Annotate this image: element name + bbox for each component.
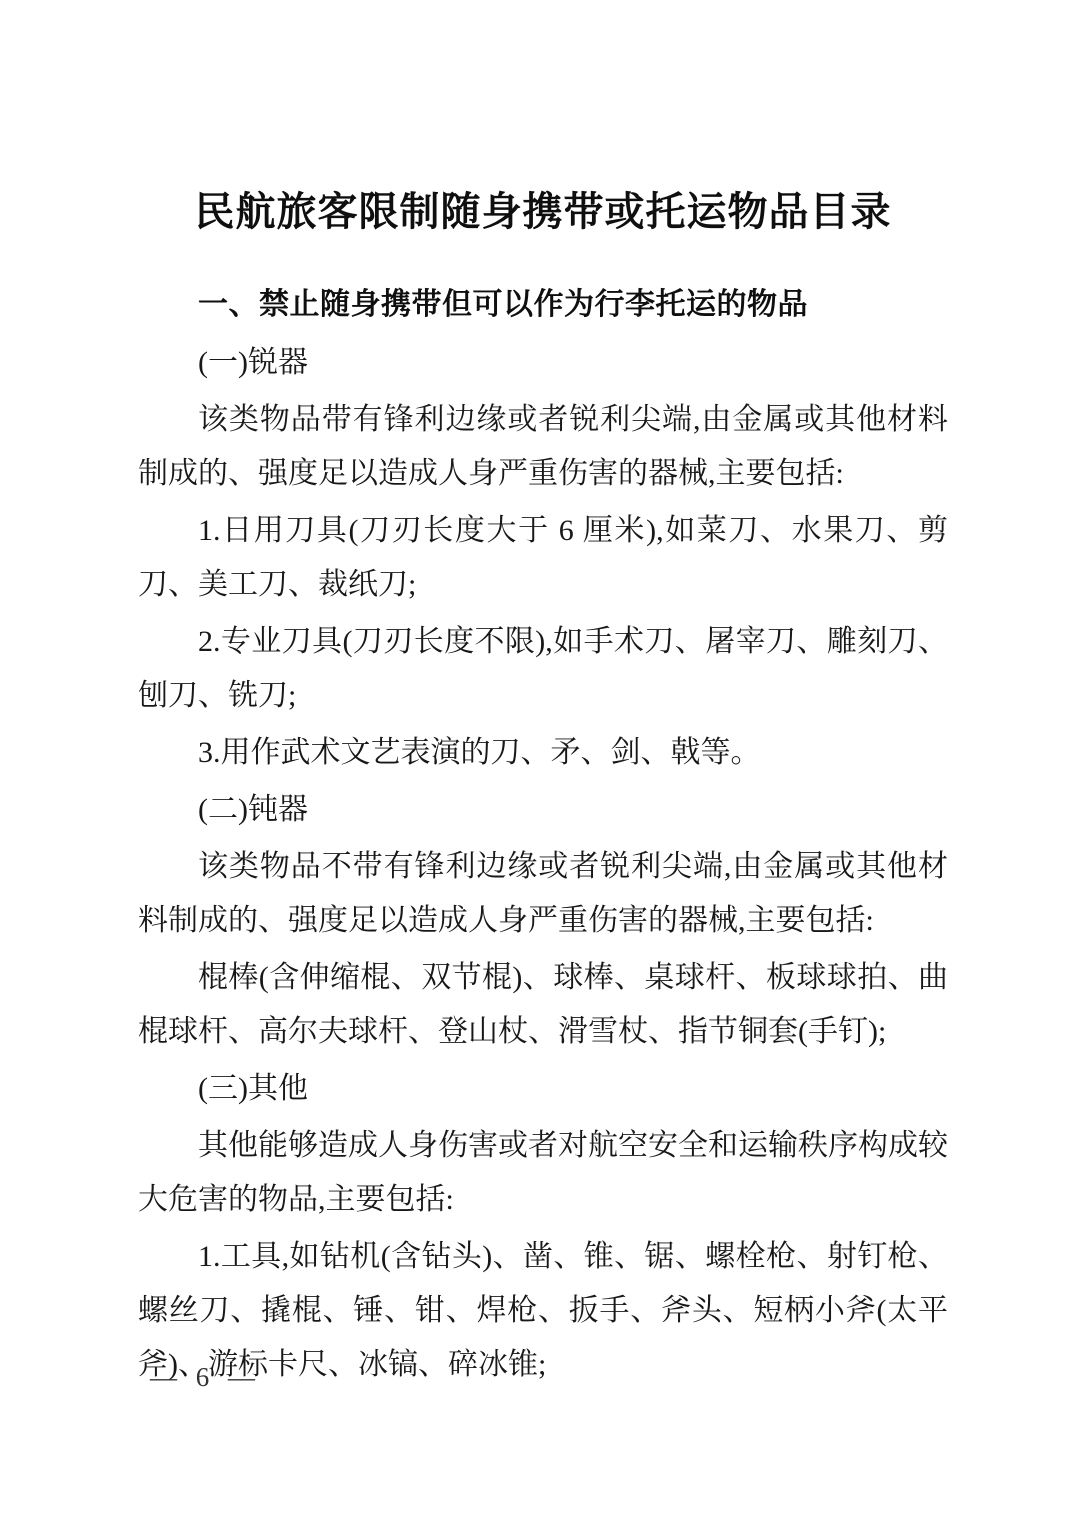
body-paragraph: 其他能够造成人身伤害或者对航空安全和运输秩序构成较大危害的物品,主要包括: [138, 1119, 948, 1227]
body-paragraph: 2.专业刀具(刀刃长度不限),如手术刀、屠宰刀、雕刻刀、刨刀、铣刀; [138, 615, 948, 723]
page-number: — 6 — [150, 1362, 261, 1393]
subsection-heading: (二)钝器 [138, 783, 948, 837]
section-heading: 一、禁止随身携带但可以作为行李托运的物品 [138, 278, 948, 332]
document-body: 一、禁止随身携带但可以作为行李托运的物品(一)锐器该类物品带有锋利边缘或者锐利尖… [138, 278, 948, 1392]
body-paragraph: 1.日用刀具(刀刃长度大于 6 厘米),如菜刀、水果刀、剪刀、美工刀、裁纸刀; [138, 504, 948, 612]
body-paragraph: 棍棒(含伸缩棍、双节棍)、球棒、桌球杆、板球球拍、曲棍球杆、高尔夫球杆、登山杖、… [138, 951, 948, 1059]
subsection-heading: (一)锐器 [138, 336, 948, 390]
subsection-heading: (三)其他 [138, 1062, 948, 1116]
page-title: 民航旅客限制随身携带或托运物品目录 [138, 186, 948, 238]
document-page: 民航旅客限制随身携带或托运物品目录 一、禁止随身携带但可以作为行李托运的物品(一… [0, 0, 1080, 1528]
body-paragraph: 3.用作武术文艺表演的刀、矛、剑、戟等。 [138, 726, 948, 780]
document-content: 民航旅客限制随身携带或托运物品目录 一、禁止随身携带但可以作为行李托运的物品(一… [0, 0, 1080, 1392]
body-paragraph: 该类物品不带有锋利边缘或者锐利尖端,由金属或其他材料制成的、强度足以造成人身严重… [138, 840, 948, 948]
body-paragraph: 该类物品带有锋利边缘或者锐利尖端,由金属或其他材料制成的、强度足以造成人身严重伤… [138, 393, 948, 501]
